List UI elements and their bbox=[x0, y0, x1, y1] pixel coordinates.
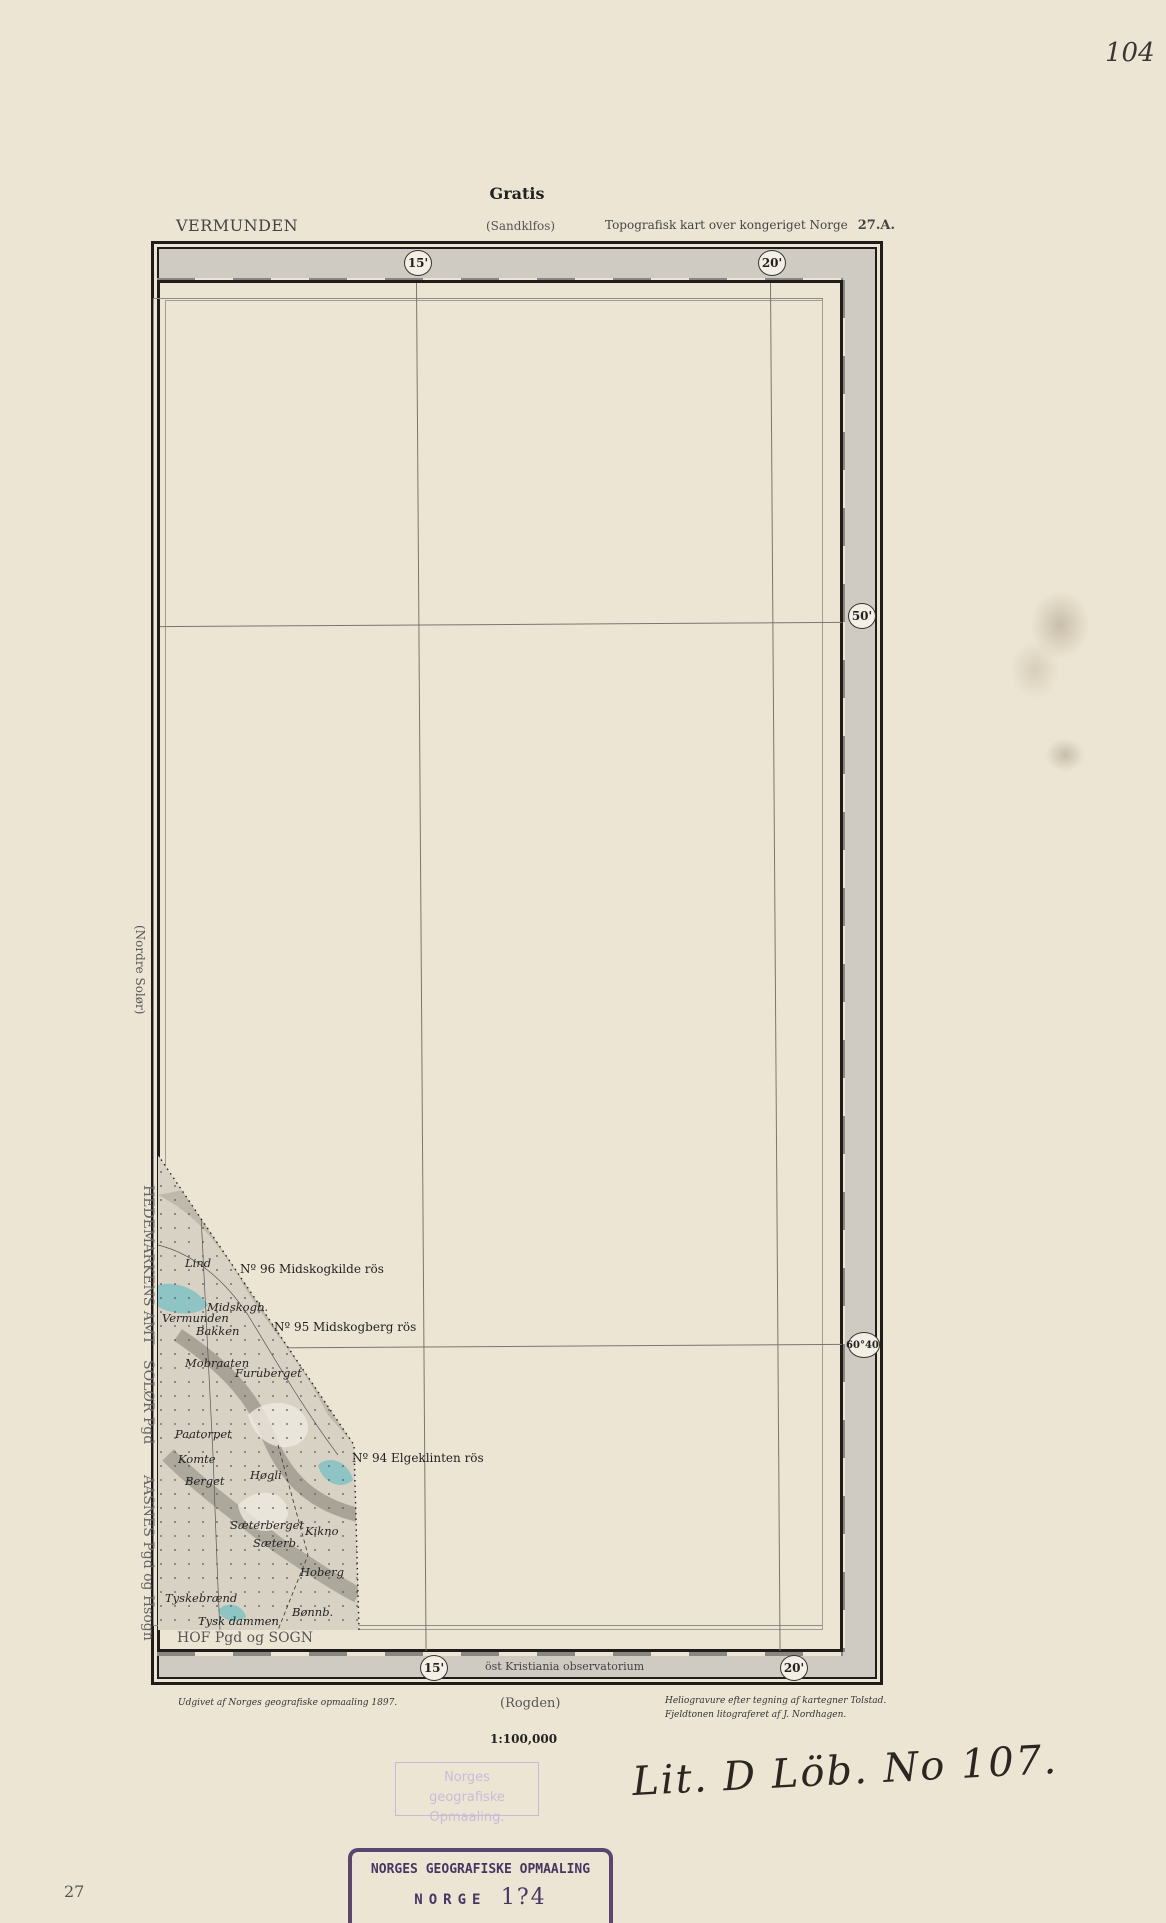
place-paatorpet: Paatorpet bbox=[175, 1427, 232, 1441]
faded-stamp-line-2: geografiske Opmaaling. bbox=[396, 1788, 538, 1828]
credit-line-1: Heliogravure efter tegning af kartegner … bbox=[665, 1694, 886, 1708]
faded-stamp-line-1: Norges bbox=[396, 1768, 538, 1788]
graticule-label-bottom-20: 20' bbox=[780, 1655, 808, 1681]
series-title: Topografisk kart over kongeriget Norge27… bbox=[605, 218, 895, 233]
boundary-marker-96: Nº 96 Midskogkilde rös bbox=[240, 1262, 384, 1276]
archive-stamp: NORGES GEOGRAFISKE OPMAALING NORGE 1?4 bbox=[348, 1848, 613, 1923]
archive-stamp-line-2: NORGE 1?4 bbox=[352, 1885, 609, 1910]
place-midskogb: Midskogb. bbox=[207, 1300, 268, 1314]
neighbor-west: (Nordre Solør) bbox=[133, 925, 147, 1014]
place-saeterb: Sæterb. bbox=[253, 1536, 300, 1550]
page-number: 27 bbox=[64, 1882, 84, 1901]
graticule-label-top-15: 15' bbox=[404, 250, 432, 276]
archive-stamp-line-1: NORGES GEOGRAFISKE OPMAALING bbox=[352, 1862, 609, 1877]
credits: Heliogravure efter tegning af kartegner … bbox=[665, 1694, 886, 1722]
place-furuberget: Furuberget bbox=[235, 1366, 302, 1380]
map-scale: 1:100,000 bbox=[490, 1732, 557, 1746]
place-berget: Berget bbox=[185, 1474, 225, 1488]
place-saeterberget: Sæterberget bbox=[230, 1518, 304, 1532]
place-tyskdammen: Tysk dammen bbox=[198, 1614, 279, 1628]
sheet-number: 27.A. bbox=[858, 218, 895, 233]
archive-stamp-number: 1?4 bbox=[501, 1885, 547, 1910]
graticule-label-top-20: 20' bbox=[758, 250, 786, 276]
place-lind: Lind bbox=[185, 1256, 211, 1270]
archive-stamp-country: NORGE bbox=[414, 1892, 486, 1908]
bottom-tick-strip bbox=[157, 1652, 843, 1656]
place-tyskebraend: Tyskebrænd bbox=[165, 1591, 237, 1605]
series-name: Topografisk kart over kongeriget Norge bbox=[605, 218, 848, 232]
neighbor-north: (Sandklfos) bbox=[486, 219, 555, 233]
sheet-title: VERMUNDEN bbox=[176, 216, 298, 235]
district-label-solor: SOLØR Pgd bbox=[140, 1360, 156, 1444]
paper-stain bbox=[1045, 738, 1085, 772]
handwritten-signature: Lit. D Löb. No 107. bbox=[631, 1737, 1059, 1805]
faded-stamp: Norges geografiske Opmaaling. bbox=[395, 1762, 539, 1816]
boundary-marker-94: Nº 94 Elgeklinten rös bbox=[352, 1451, 484, 1465]
paper-stain bbox=[1010, 640, 1060, 700]
credit-line-2: Fjeldtonen litograferet af J. Nordhagen. bbox=[665, 1708, 886, 1722]
place-hoberg: Hoberg bbox=[300, 1565, 344, 1579]
county-label: HEDEMARKENS AMT bbox=[140, 1185, 156, 1345]
district-label-aasnes: AASNES Pgd og Hsogn bbox=[140, 1475, 156, 1641]
place-bakken: Bakken bbox=[196, 1324, 239, 1338]
boundary-marker-95: Nº 95 Midskogberg rös bbox=[274, 1320, 416, 1334]
place-hogli: Høgli bbox=[250, 1468, 282, 1482]
place-komte: Komte bbox=[178, 1452, 216, 1466]
parish-label-hof: HOF Pgd og SOGN bbox=[177, 1630, 313, 1646]
place-bonnb: Bønnb. bbox=[292, 1605, 333, 1619]
neighbor-south: (Rogden) bbox=[500, 1696, 560, 1711]
gratis-label: Gratis bbox=[0, 184, 1034, 203]
publisher-note: Udgivet af Norges geografiske opmaaling … bbox=[178, 1698, 397, 1708]
topographic-map-fragment bbox=[158, 1155, 363, 1630]
handwritten-sheet-number: 104 bbox=[1105, 38, 1155, 68]
graticule-label-bottom-15: 15' bbox=[420, 1655, 448, 1681]
place-kikno: Kikno bbox=[305, 1524, 339, 1538]
graticule-label-right-50: 50' bbox=[848, 603, 876, 629]
meridian-note: öst Kristiania observatorium bbox=[485, 1660, 644, 1673]
graticule-label-right-60-40: 60°40' bbox=[848, 1332, 880, 1358]
